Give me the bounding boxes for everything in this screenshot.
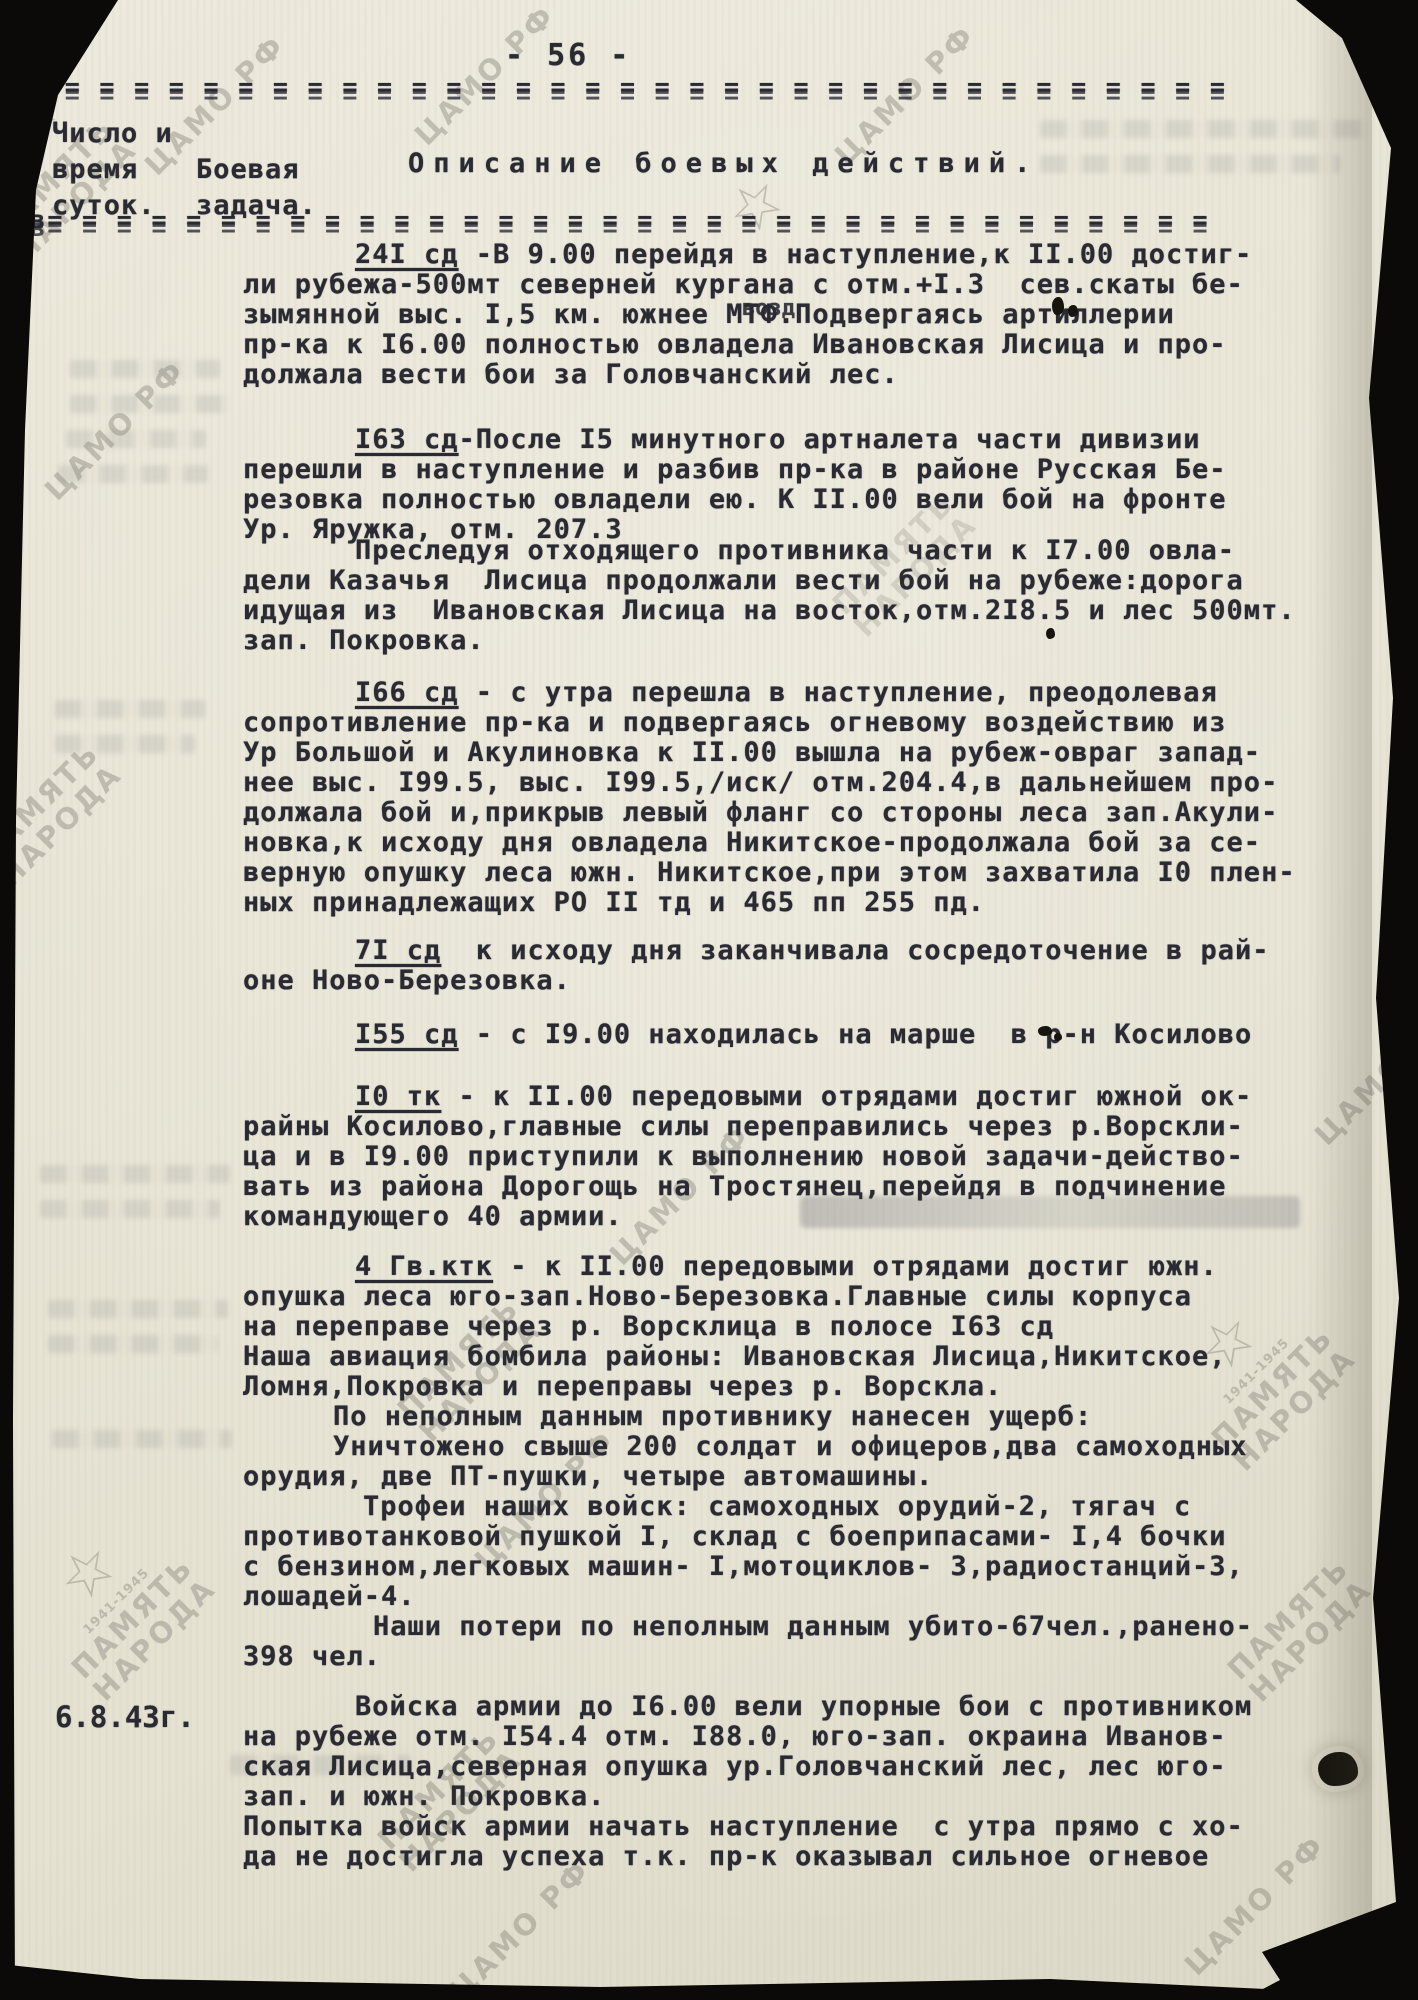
paragraph-army-summary: Войска армии до I6.00 вели упорные бои с…: [243, 1692, 1368, 1872]
paragraph-71sd: 7I сд к исходу дня заканчивала сосредото…: [243, 936, 1368, 996]
paragraph-163sd: I63 сд-После I5 минутного артналета част…: [243, 425, 1368, 545]
bleed-through-smudge: [52, 1430, 232, 1448]
text-line: верную опушку леса южн. Никитское,при эт…: [243, 858, 1368, 888]
unit-designation: 24I сд: [355, 239, 459, 270]
text-line: ца и в I9.00 приступили к выполнению нов…: [243, 1142, 1368, 1172]
text-line: зымянной выс. I,5 км. южнее МТФ.Подверга…: [243, 300, 1368, 330]
paragraph-10tk: I0 тк - к II.00 передовыми отрядами дост…: [243, 1082, 1368, 1232]
text-line: Попытка войск армии начать наступление с…: [243, 1812, 1368, 1842]
text-line: Войска армии до I6.00 вели упорные бои с…: [243, 1692, 1368, 1722]
text-line: пр-ка к I6.00 полностью овладела Ивановс…: [243, 330, 1368, 360]
text-line: По неполным данным противнику нанесен ущ…: [243, 1402, 1368, 1432]
unit-designation: I0 тк: [355, 1081, 441, 1112]
punch-hole: [1046, 628, 1055, 639]
text-line: 4 Гв.ктк - к II.00 передовыми отрядами д…: [243, 1252, 1368, 1282]
punch-hole: [1068, 305, 1078, 317]
separator-line-bottom: в= = = = = = = = = = = = = = = = = = = =…: [30, 205, 1210, 234]
text-line: должала вести бои за Головчанский лес.: [243, 360, 1368, 390]
text-line: Преследуя отходящего противника части к …: [243, 536, 1368, 566]
text-line: вать из района Дорогощь на Тростянец,пер…: [243, 1172, 1368, 1202]
paragraph-155sd: I55 сд - с I9.00 находилась на марше в р…: [243, 1020, 1368, 1050]
text-line: новка,к исходу дня овладела Никитское-пр…: [243, 828, 1368, 858]
paragraph-4gvktk: 4 Гв.ктк - к II.00 передовыми отрядами д…: [243, 1252, 1368, 1672]
paragraph-241sd: 24I сд -В 9.00 перейдя в наступление,к I…: [243, 240, 1368, 390]
text-line: сопротивление пр-ка и подвергаясь огнево…: [243, 708, 1368, 738]
scanned-page: ЦАМО РФ ЦАМО РФ ЦАМО РФ ☆ ПАМЯТЬНАРОДА Ц…: [0, 0, 1418, 2000]
text-line: на рубеже отм. I54.4 отм. I88.0, юго-зап…: [243, 1722, 1368, 1752]
page-number: - 56 -: [505, 38, 631, 73]
text-run: -В 9.00 перейдя в наступление,к II.00 до…: [459, 239, 1253, 270]
paragraph-163sd-pursuit: Преследуя отходящего противника части к …: [243, 536, 1368, 656]
text-run: - к II.00 передовыми отрядами достиг южн…: [441, 1081, 1252, 1112]
text-line: I0 тк - к II.00 передовыми отрядами дост…: [243, 1082, 1368, 1112]
text-line: идущая из Ивановская Лисица на восток,от…: [243, 596, 1368, 626]
punch-hole: [1052, 297, 1064, 315]
unit-designation: I66 сд: [355, 677, 459, 708]
text-line: Наши потери по неполным данным убито-67ч…: [243, 1612, 1368, 1642]
bleed-through-smudge: [40, 1200, 220, 1218]
text-line: оне Ново-Березовка.: [243, 966, 1368, 996]
page-edge-shadow: [1308, 0, 1372, 2000]
text-line: ская Лисица,северная опушка ур.Головчанс…: [243, 1752, 1368, 1782]
text-line: Уничтожено свыше 200 солдат и офицеров,д…: [243, 1432, 1368, 1462]
text-line: I55 сд - с I9.00 находилась на марше в р…: [243, 1020, 1368, 1050]
text-run: Преследуя отходящего противника части к …: [355, 535, 1235, 566]
unit-designation: I55 сд: [355, 1019, 459, 1050]
text-run: - с I9.00 находилась на марше в р-н Коси…: [459, 1019, 1253, 1050]
header-description-column: Описание боевых действий.: [408, 148, 1039, 179]
text-line: 24I сд -В 9.00 перейдя в наступление,к I…: [243, 240, 1368, 270]
text-line: зап. Покровка.: [243, 626, 1368, 656]
text-line: I63 сд-После I5 минутного артналета част…: [243, 425, 1368, 455]
text-line: Трофеи наших войск: самоходных орудий-2,…: [243, 1492, 1368, 1522]
text-line: Ломня,Покровка и переправы через р. Ворс…: [243, 1372, 1368, 1402]
text-line: должала бой и,прикрыв левый фланг со сто…: [243, 798, 1368, 828]
text-line: 7I сд к исходу дня заканчивала сосредото…: [243, 936, 1368, 966]
margin-date: 6.8.43г.: [55, 1700, 195, 1734]
bleed-through-smudge: [1040, 155, 1340, 173]
text-line: резовка полностью овладели ею. К II.00 в…: [243, 485, 1368, 515]
unit-designation: I63 сд: [355, 424, 459, 455]
separator-line-top: = = = = = = = = = = = = = = = = = = = = …: [30, 72, 1227, 101]
text-line: с бензином,легковых машин- I,мотоциклов-…: [243, 1552, 1368, 1582]
punch-hole: [1038, 1026, 1052, 1036]
bleed-through-smudge: [55, 700, 205, 718]
text-line: ли рубежа-500мт северней кургана с отм.+…: [243, 270, 1368, 300]
text-run: - к II.00 передовыми отрядами достиг южн…: [493, 1251, 1218, 1282]
unit-designation: 4 Гв.ктк: [355, 1251, 493, 1282]
header-task-column: Боевая: [196, 154, 300, 185]
text-line: опушка леса юго-зап.Ново-Березовка.Главн…: [243, 1282, 1368, 1312]
punch-hole: [1054, 1033, 1062, 1041]
bleed-through-smudge: [48, 1335, 218, 1353]
text-line: I66 сд - с утра перешла в наступление, п…: [243, 678, 1368, 708]
text-line: противотанковой пушкой I, склад с боепри…: [243, 1522, 1368, 1552]
text-line: Ур Большой и Акулиновка к II.00 вышла на…: [243, 738, 1368, 768]
text-run: - с утра перешла в наступление, преодоле…: [459, 677, 1218, 708]
text-line: перешли в наступление и разбив пр-ка в р…: [243, 455, 1368, 485]
text-line: лошадей-4.: [243, 1582, 1368, 1612]
text-line: Наша авиация бомбила районы: Ивановская …: [243, 1342, 1368, 1372]
bleed-through-smudge: [40, 1165, 230, 1183]
text-line: райны Косилово,главные силы переправилис…: [243, 1112, 1368, 1142]
text-line: командующего 40 армии.: [243, 1202, 1368, 1232]
text-line: 398 чел.: [243, 1642, 1368, 1672]
paragraph-166sd: I66 сд - с утра перешла в наступление, п…: [243, 678, 1368, 918]
text-run: -После I5 минутного артналета части диви…: [459, 424, 1201, 455]
header-date-column: время: [52, 154, 138, 185]
text-line: на переправе через р. Ворсклица в полосе…: [243, 1312, 1368, 1342]
text-line: зап. и южн. Покровка.: [243, 1782, 1368, 1812]
text-line: да не достигла успеха т.к. пр-к оказывал…: [243, 1842, 1368, 1872]
bleed-through-smudge: [48, 1300, 228, 1318]
text-run: к исходу дня заканчивала сосредоточение …: [441, 935, 1269, 966]
header-date-column: Число и: [52, 118, 173, 149]
text-line: дели Казачья Лисица продолжали вести бой…: [243, 566, 1368, 596]
unit-designation: 7I сд: [355, 935, 441, 966]
text-line: нее выс. I99.5, выс. I99.5,/иск/ отм.204…: [243, 768, 1368, 798]
text-run: Войска армии до I6.00 вели упорные бои с…: [355, 1691, 1252, 1722]
text-line: орудия, две ПТ-пушки, четыре автомашины.: [243, 1462, 1368, 1492]
text-line: ных принадлежащих РО II тд и 465 пп 255 …: [243, 888, 1368, 918]
